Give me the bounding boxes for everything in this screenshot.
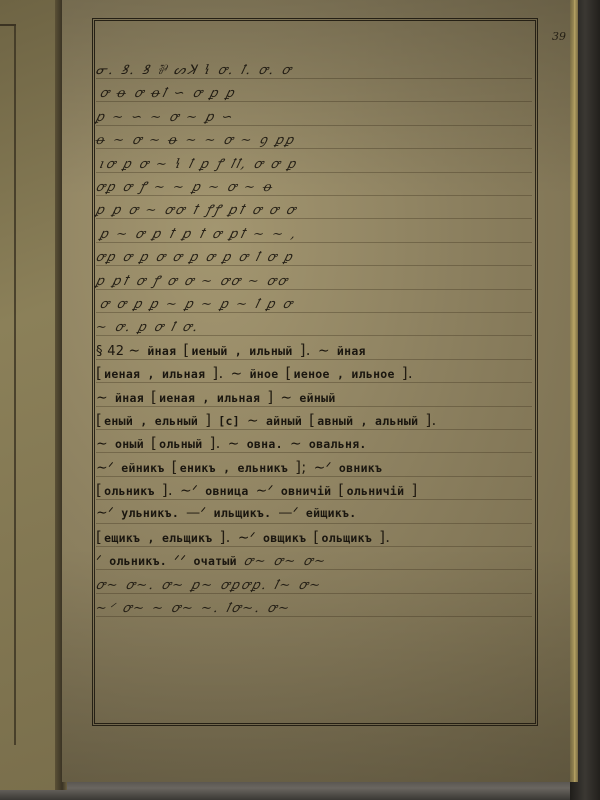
shorthand-line: ꝋ ~ ꝍ ~ ꝋ ~ ~ ꝍ ~ ꝯ ꝑꝑ — [96, 130, 532, 152]
shorthand-text: ꝑ ꝑꝉ ꝍ ꝭ ꝍ ꝍ ~ ꝍꝍ ~ ꝍꝍ — [94, 271, 290, 289]
bracket: [ — [338, 481, 344, 499]
transcribed-word: иеный , ильный — [191, 344, 292, 358]
transcribed-word: ейщикъ. — [306, 506, 357, 520]
shorthand-stroke: ∼ — [290, 436, 302, 452]
bracket: [ — [183, 341, 189, 359]
transcribed-word: очатый — [194, 554, 237, 568]
bracket: [ — [309, 411, 315, 429]
shorthand-text: ꝑ ~ ꝍ ꝑ ꝉ ꝑ ꝉ ꝍ ꝑꝉ ~ ~ , — [98, 224, 299, 242]
facing-page-left — [0, 0, 62, 790]
bracket: [ — [313, 528, 319, 546]
transcribed-word: [с] — [218, 414, 240, 428]
bracket: ] — [267, 388, 273, 406]
bracket: ]. — [209, 434, 220, 452]
section-line: § 42∼йная[иеный , ильный].∼йная — [96, 341, 532, 363]
transcribed-word: овница — [205, 484, 248, 498]
transcribed-word: ольничій — [347, 484, 405, 498]
shorthand-line: ~ ꝍ. ꝑ ꝍ ꝉ ꝍ. — [96, 317, 532, 339]
transcribed-word: ольщикъ — [322, 531, 373, 545]
transcribed-word: еникъ , ельникъ — [180, 461, 288, 475]
facing-page-frame-right — [14, 25, 16, 745]
shorthand-stroke: ∼ᐟ — [96, 505, 114, 521]
bracket: ]. — [212, 364, 223, 382]
transcribed-word: ильщикъ. — [214, 506, 272, 520]
shorthand-text: ꝍ∼ ꝍ∼. ꝍ∼ ꝑ∼ ꝍꝑꝍꝑ. ꝉ∼ ꝍ∼ — [94, 575, 324, 593]
page-stack-edge — [570, 0, 578, 782]
bracket: [ — [285, 364, 291, 382]
bracket: ]. — [425, 411, 436, 429]
transcribed-word: йное — [250, 367, 279, 381]
transcribed-word: иеная , ильная — [159, 391, 260, 405]
transcribed-word: еный , ельный — [104, 414, 198, 428]
page-number: 39 — [552, 30, 566, 43]
bracket: ]. — [162, 481, 173, 499]
shorthand-stroke: ∼ᐟ — [180, 483, 198, 499]
shorthand-stroke: ᐟ — [96, 553, 102, 569]
bracket: [ — [96, 528, 102, 546]
bracket: ]. — [402, 364, 413, 382]
shorthand-stroke: ∼ — [96, 390, 108, 406]
transcribed-word: ейный — [299, 391, 335, 405]
bracket: [ — [151, 388, 157, 406]
transcribed-word: ещикъ , ельщикъ — [104, 531, 212, 545]
transcribed-word: ольникъ. — [109, 554, 167, 568]
shorthand-text: ꝑ ~ ∽ ~ ꝍ ~ ꝑ ∽ — [94, 107, 236, 125]
shorthand-stroke: ∼ — [231, 366, 243, 382]
transcribed-word: овщикъ — [263, 531, 306, 545]
shorthand-text: ∼ᐟ ꝍ∼ ∼ ꝍ∼ ∼. ꝉꝍ∼. ꝍ∼ — [94, 598, 293, 616]
bracket: ] — [411, 481, 417, 499]
shorthand-text: ꝍ ꝋ ꝍ ꝋꝉ ∽ ꝍ ꝑ ꝑ — [98, 83, 238, 101]
bracket: [ — [172, 458, 178, 476]
shorthand-stroke: ∼ — [280, 390, 292, 406]
section-line: ∼йная[иеная , ильная]∼ейный — [96, 388, 532, 410]
shorthand-stroke: ∼ᐟ — [314, 460, 332, 476]
section-line: [ещикъ , ельщикъ].∼ᐟовщикъ[ольщикъ]. — [96, 528, 532, 550]
transcribed-word: овничій — [281, 484, 332, 498]
shorthand-stroke: ∼ᐟ — [96, 460, 114, 476]
shorthand-line: ᓂ. ꝸ. ꝸ ⅌ ᔕꓘ ꝇ ꝍ. ꝉ. ꝍ. ꝍ — [96, 60, 532, 82]
shorthand-line: ꝍ ꝍ ꝑ ꝑ ~ ꝑ ~ ꝑ ~ ꝉ ꝑ ꝍ — [96, 294, 536, 316]
transcribed-word: ейникъ — [121, 461, 164, 475]
shorthand-stroke: ∼ᐟ — [238, 530, 256, 546]
shorthand-text: ꝑ ꝑ ꝍ ~ ꝍꝍ ꝉ ꝭꝭ ꝑꝉ ꝍ ꝍ ꝍ — [94, 200, 299, 218]
shorthand-stroke: —ᐟ — [186, 505, 207, 521]
section-mark: § 42 — [96, 344, 124, 359]
bracket: ]. — [379, 528, 390, 546]
bracket: [ — [151, 434, 157, 452]
shorthand-text: ꝋ ~ ꝍ ~ ꝋ ~ ~ ꝍ ~ ꝯ ꝑꝑ — [94, 130, 297, 148]
section-line: ∼ᐟульникъ.—ᐟильщикъ.—ᐟейщикъ. — [96, 505, 532, 527]
section-line: [иеная , ильная].∼йное[иеное , ильное]. — [96, 364, 532, 386]
shorthand-stroke: ∼ — [247, 413, 259, 429]
section-line: ∼оный[ольный].∼овна.∼овальня. — [96, 434, 532, 456]
bracket: ]. — [300, 341, 311, 359]
transcribed-word: ульникъ. — [121, 506, 179, 520]
shorthand-line: ꝍ ꝋ ꝍ ꝋꝉ ∽ ꝍ ꝑ ꝑ — [96, 83, 536, 105]
section-line: ꝍ∼ ꝍ∼. ꝍ∼ ꝑ∼ ꝍꝑꝍꝑ. ꝉ∼ ꝍ∼ — [96, 575, 532, 597]
shorthand-stroke: ∼ᐟ — [256, 483, 274, 499]
bracket: ] — [205, 411, 211, 429]
transcribed-word: овна. — [247, 437, 283, 451]
shorthand-line: ꝑ ~ ∽ ~ ꝍ ~ ꝑ ∽ — [96, 107, 532, 129]
shorthand-stroke: ∼ — [96, 436, 108, 452]
shorthand-stroke: —ᐟ — [278, 505, 299, 521]
notebook-page: 39 ᓂ. ꝸ. ꝸ ⅌ ᔕꓘ ꝇ ꝍ. ꝉ. ꝍ. ꝍꝍ ꝋ ꝍ ꝋꝉ ∽ ꝍ… — [62, 0, 574, 782]
transcribed-word: оный — [115, 437, 144, 451]
shorthand-text: ꝍꝑ ꝍ ꝭ ~ ~ ꝑ ~ ꝍ ~ ꝋ — [94, 177, 276, 195]
transcribed-word: йная — [337, 344, 366, 358]
section-line: [еный , ельный][с]∼айный[авный , альный]… — [96, 411, 532, 433]
shorthand-text: ᓂ. ꝸ. ꝸ ⅌ ᔕꓘ ꝇ ꝍ. ꝉ. ꝍ. ꝍ — [94, 60, 294, 78]
shorthand-line: ꝍꝑ ꝍ ꝭ ~ ~ ꝑ ~ ꝍ ~ ꝋ — [96, 177, 532, 199]
section-line: [ольникъ].∼ᐟовница∼ᐟовничій[ольничій] — [96, 481, 532, 503]
transcribed-word: ольникъ — [104, 484, 155, 498]
shorthand-stroke: ∼ — [128, 343, 140, 359]
shorthand-text: ꝍ∼ ꝍ∼ ꝍ∼ — [242, 551, 329, 569]
shorthand-text: ıꝍ ꝑ ꝍ ~ ꝇ ꝉ ꝑ ꝭ ꝉꝉ, ꝍ ꝍ ꝑ — [98, 154, 299, 172]
shorthand-stroke: ᐟᐟ — [174, 553, 186, 569]
shorthand-text: ꝍꝑ ꝍ ꝑ ꝍ ꝍ ꝑ ꝍ ꝑ ꝍ ꝉ ꝍ ꝑ — [94, 247, 296, 265]
transcribed-word: йная — [115, 391, 144, 405]
bracket: ]; — [295, 458, 307, 476]
shorthand-stroke: ∼ — [228, 436, 240, 452]
bracket: ]. — [220, 528, 231, 546]
shorthand-line: ꝑ ꝑ ꝍ ~ ꝍꝍ ꝉ ꝭꝭ ꝑꝉ ꝍ ꝍ ꝍ — [96, 200, 532, 222]
shorthand-line: ꝍꝑ ꝍ ꝑ ꝍ ꝍ ꝑ ꝍ ꝑ ꝍ ꝉ ꝍ ꝑ — [96, 247, 532, 269]
bracket: [ — [96, 411, 102, 429]
transcribed-word: овникъ — [339, 461, 382, 475]
transcribed-word: айный — [266, 414, 302, 428]
bracket: [ — [96, 481, 102, 499]
section-line: ∼ᐟейникъ[еникъ , ельникъ];∼ᐟовникъ — [96, 458, 532, 480]
section-line: ᐟольникъ.ᐟᐟочатыйꝍ∼ ꝍ∼ ꝍ∼ — [96, 551, 532, 573]
shorthand-text: ~ ꝍ. ꝑ ꝍ ꝉ ꝍ. — [94, 317, 201, 335]
transcribed-word: иеное , ильное — [294, 367, 395, 381]
transcribed-word: овальня. — [309, 437, 367, 451]
section-line: ∼ᐟ ꝍ∼ ∼ ꝍ∼ ∼. ꝉꝍ∼. ꝍ∼ — [96, 598, 532, 620]
transcribed-word: авный , альный — [317, 414, 418, 428]
transcribed-word: ольный — [159, 437, 202, 451]
shorthand-line: ıꝍ ꝑ ꝍ ~ ꝇ ꝉ ꝑ ꝭ ꝉꝉ, ꝍ ꝍ ꝑ — [96, 154, 536, 176]
transcribed-word: иеная , ильная — [104, 367, 205, 381]
transcribed-word: йная — [147, 344, 176, 358]
shorthand-line: ꝑ ~ ꝍ ꝑ ꝉ ꝑ ꝉ ꝍ ꝑꝉ ~ ~ , — [96, 224, 536, 246]
shorthand-text: ꝍ ꝍ ꝑ ꝑ ~ ꝑ ~ ꝑ ~ ꝉ ꝑ ꝍ — [98, 294, 296, 312]
shorthand-line: ꝑ ꝑꝉ ꝍ ꝭ ꝍ ꝍ ~ ꝍꝍ ~ ꝍꝍ — [96, 271, 532, 293]
bracket: [ — [96, 364, 102, 382]
shorthand-stroke: ∼ — [318, 343, 330, 359]
